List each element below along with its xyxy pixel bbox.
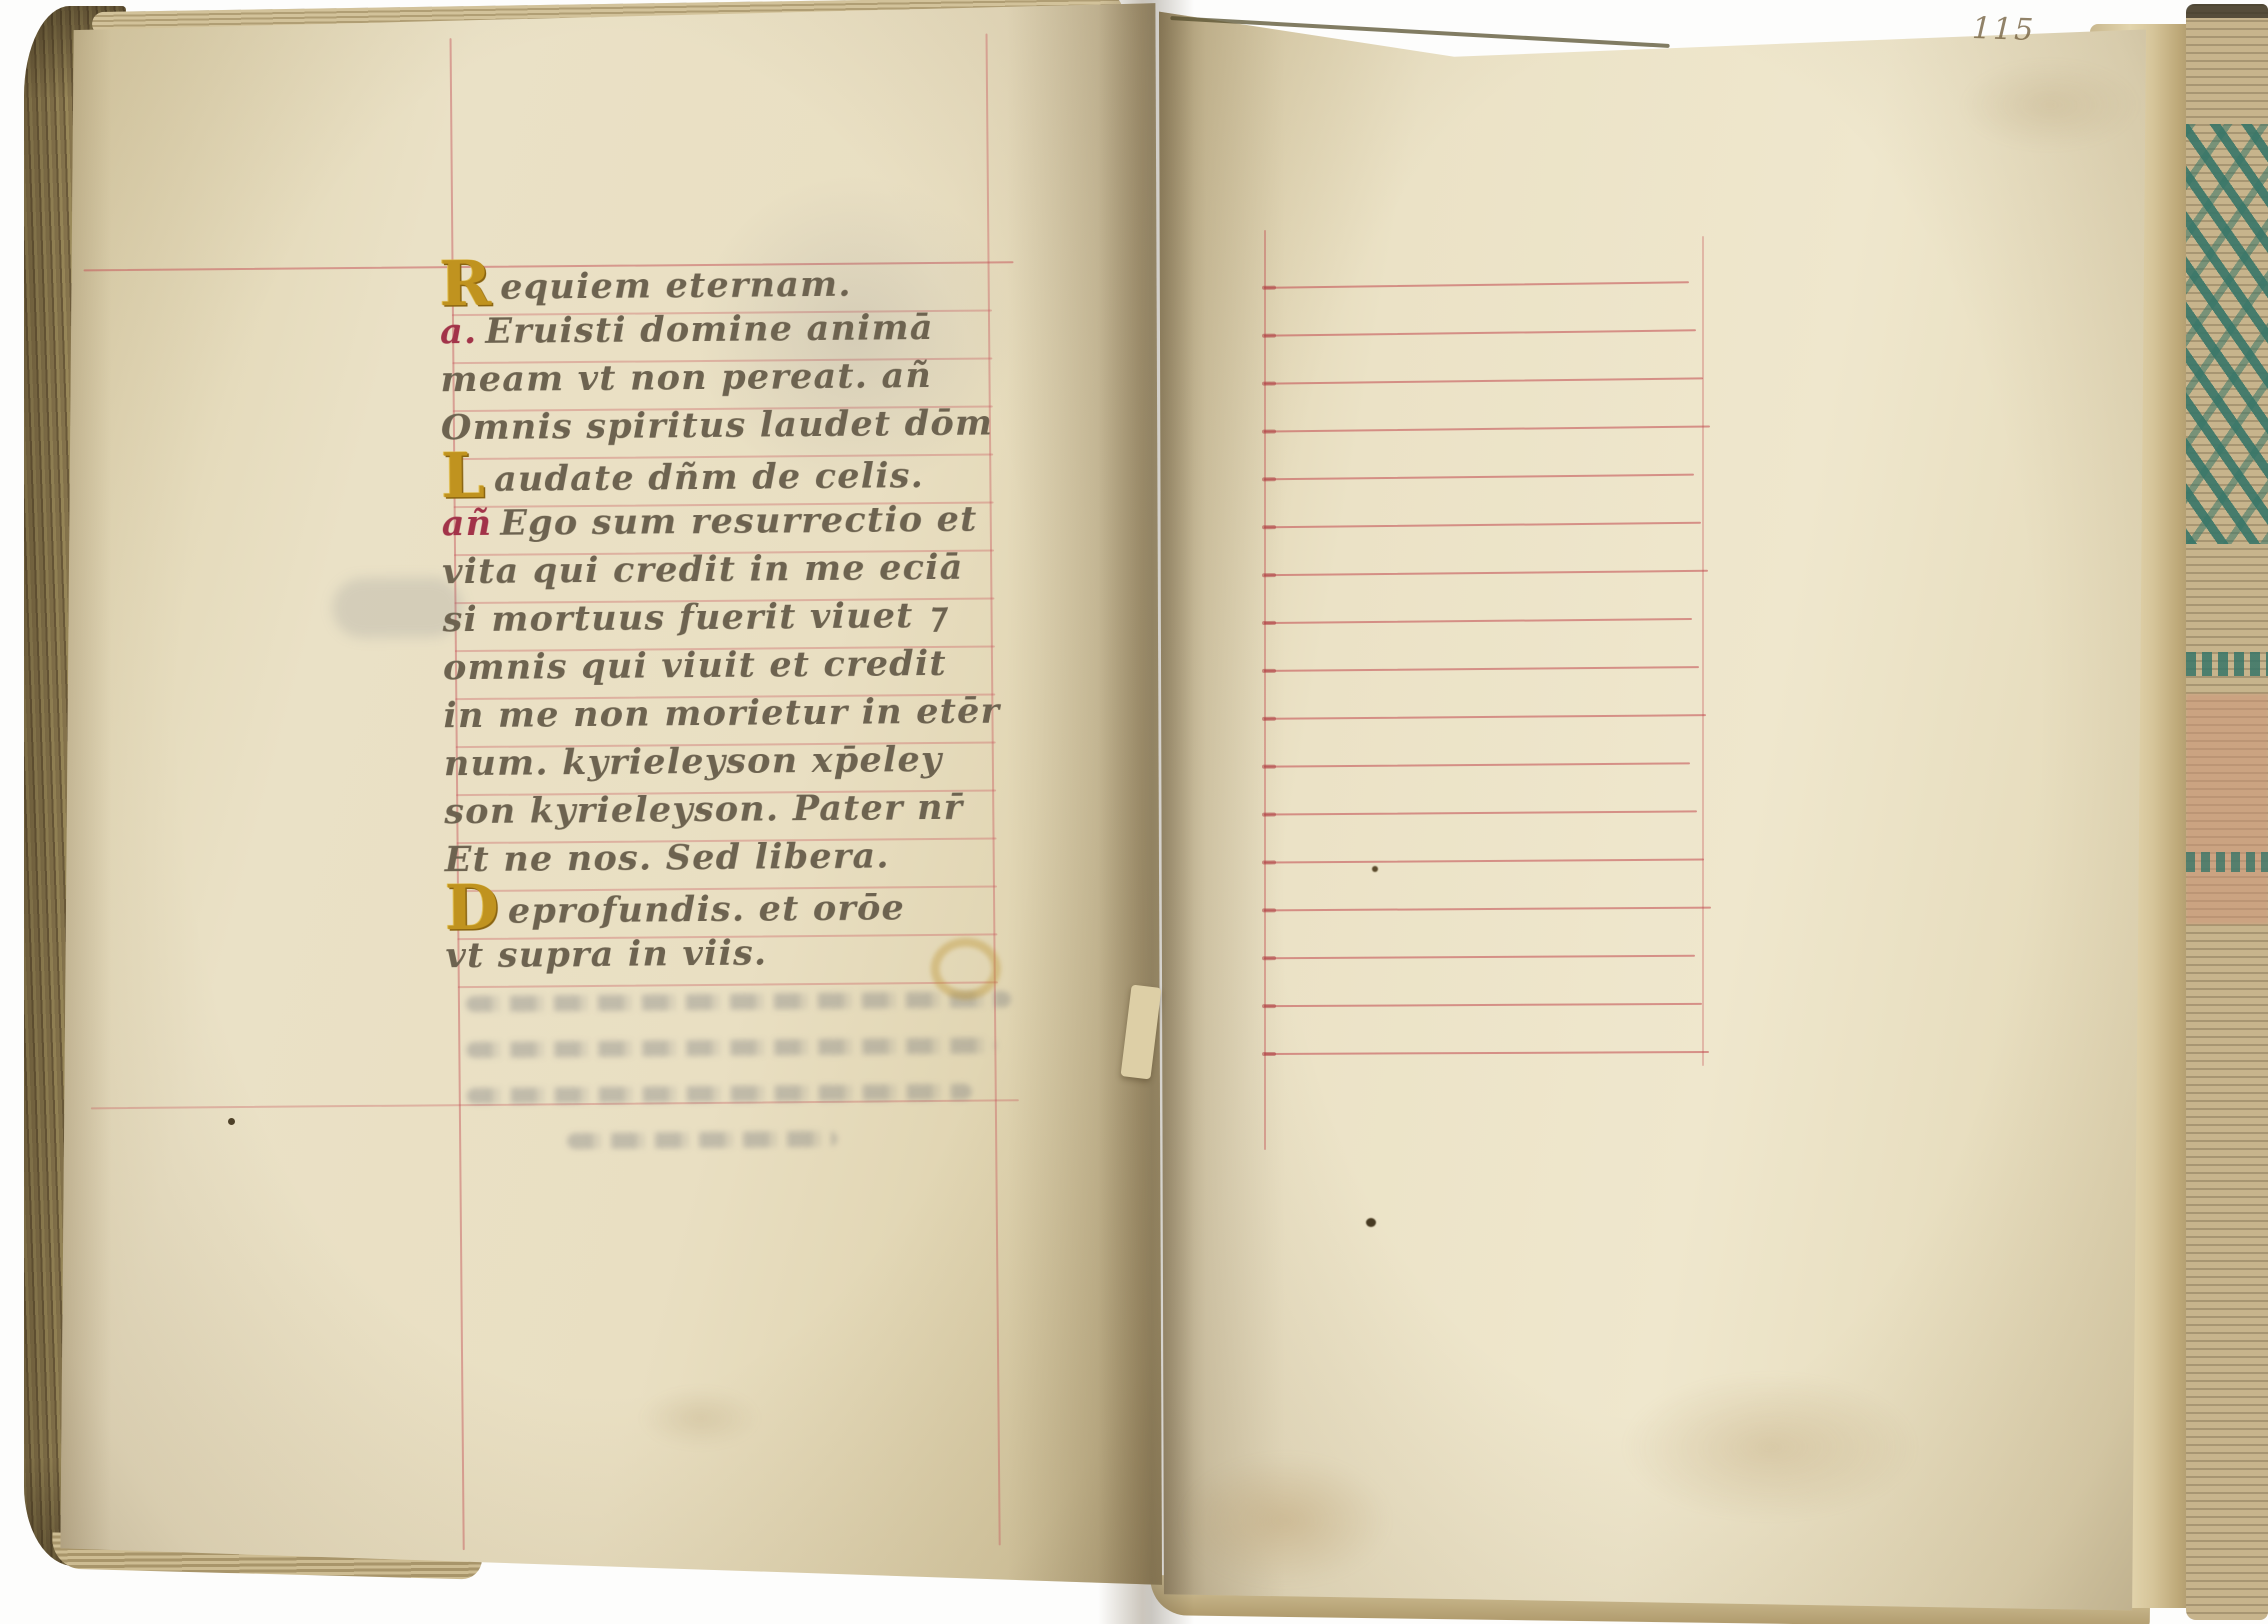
stain — [1960, 60, 2140, 150]
ruled-line — [1264, 762, 1690, 767]
ruled-line — [1264, 1003, 1702, 1007]
stain — [1180, 1455, 1390, 1585]
stain — [1372, 866, 1378, 872]
ruled-line — [1264, 522, 1701, 529]
ruled-line — [1264, 859, 1704, 864]
stain — [1620, 1372, 1920, 1522]
stain — [640, 1388, 760, 1448]
folio-number: 115 — [1971, 11, 2035, 48]
ruled-line — [1264, 666, 1699, 672]
ruled-line — [1264, 714, 1706, 720]
right-page-ruling — [1264, 284, 1724, 1114]
ruled-line — [1264, 425, 1710, 432]
ruled-line — [1264, 907, 1711, 912]
ruled-line — [1264, 1051, 1709, 1055]
ruled-line — [1264, 329, 1696, 336]
ruled-line — [1264, 810, 1697, 815]
ruled-line — [1264, 570, 1708, 576]
ruled-line — [1264, 474, 1694, 481]
ruled-line — [1264, 955, 1695, 959]
ruled-line — [1264, 281, 1689, 289]
stain — [228, 1118, 235, 1125]
ruled-line — [1264, 377, 1703, 384]
right-page-content: 115 — [0, 0, 2268, 1624]
ruled-line — [1264, 618, 1692, 624]
stain — [1366, 1218, 1376, 1227]
manuscript-photo: Requiem eternam.a.Eruisti domine animāme… — [0, 0, 2268, 1624]
